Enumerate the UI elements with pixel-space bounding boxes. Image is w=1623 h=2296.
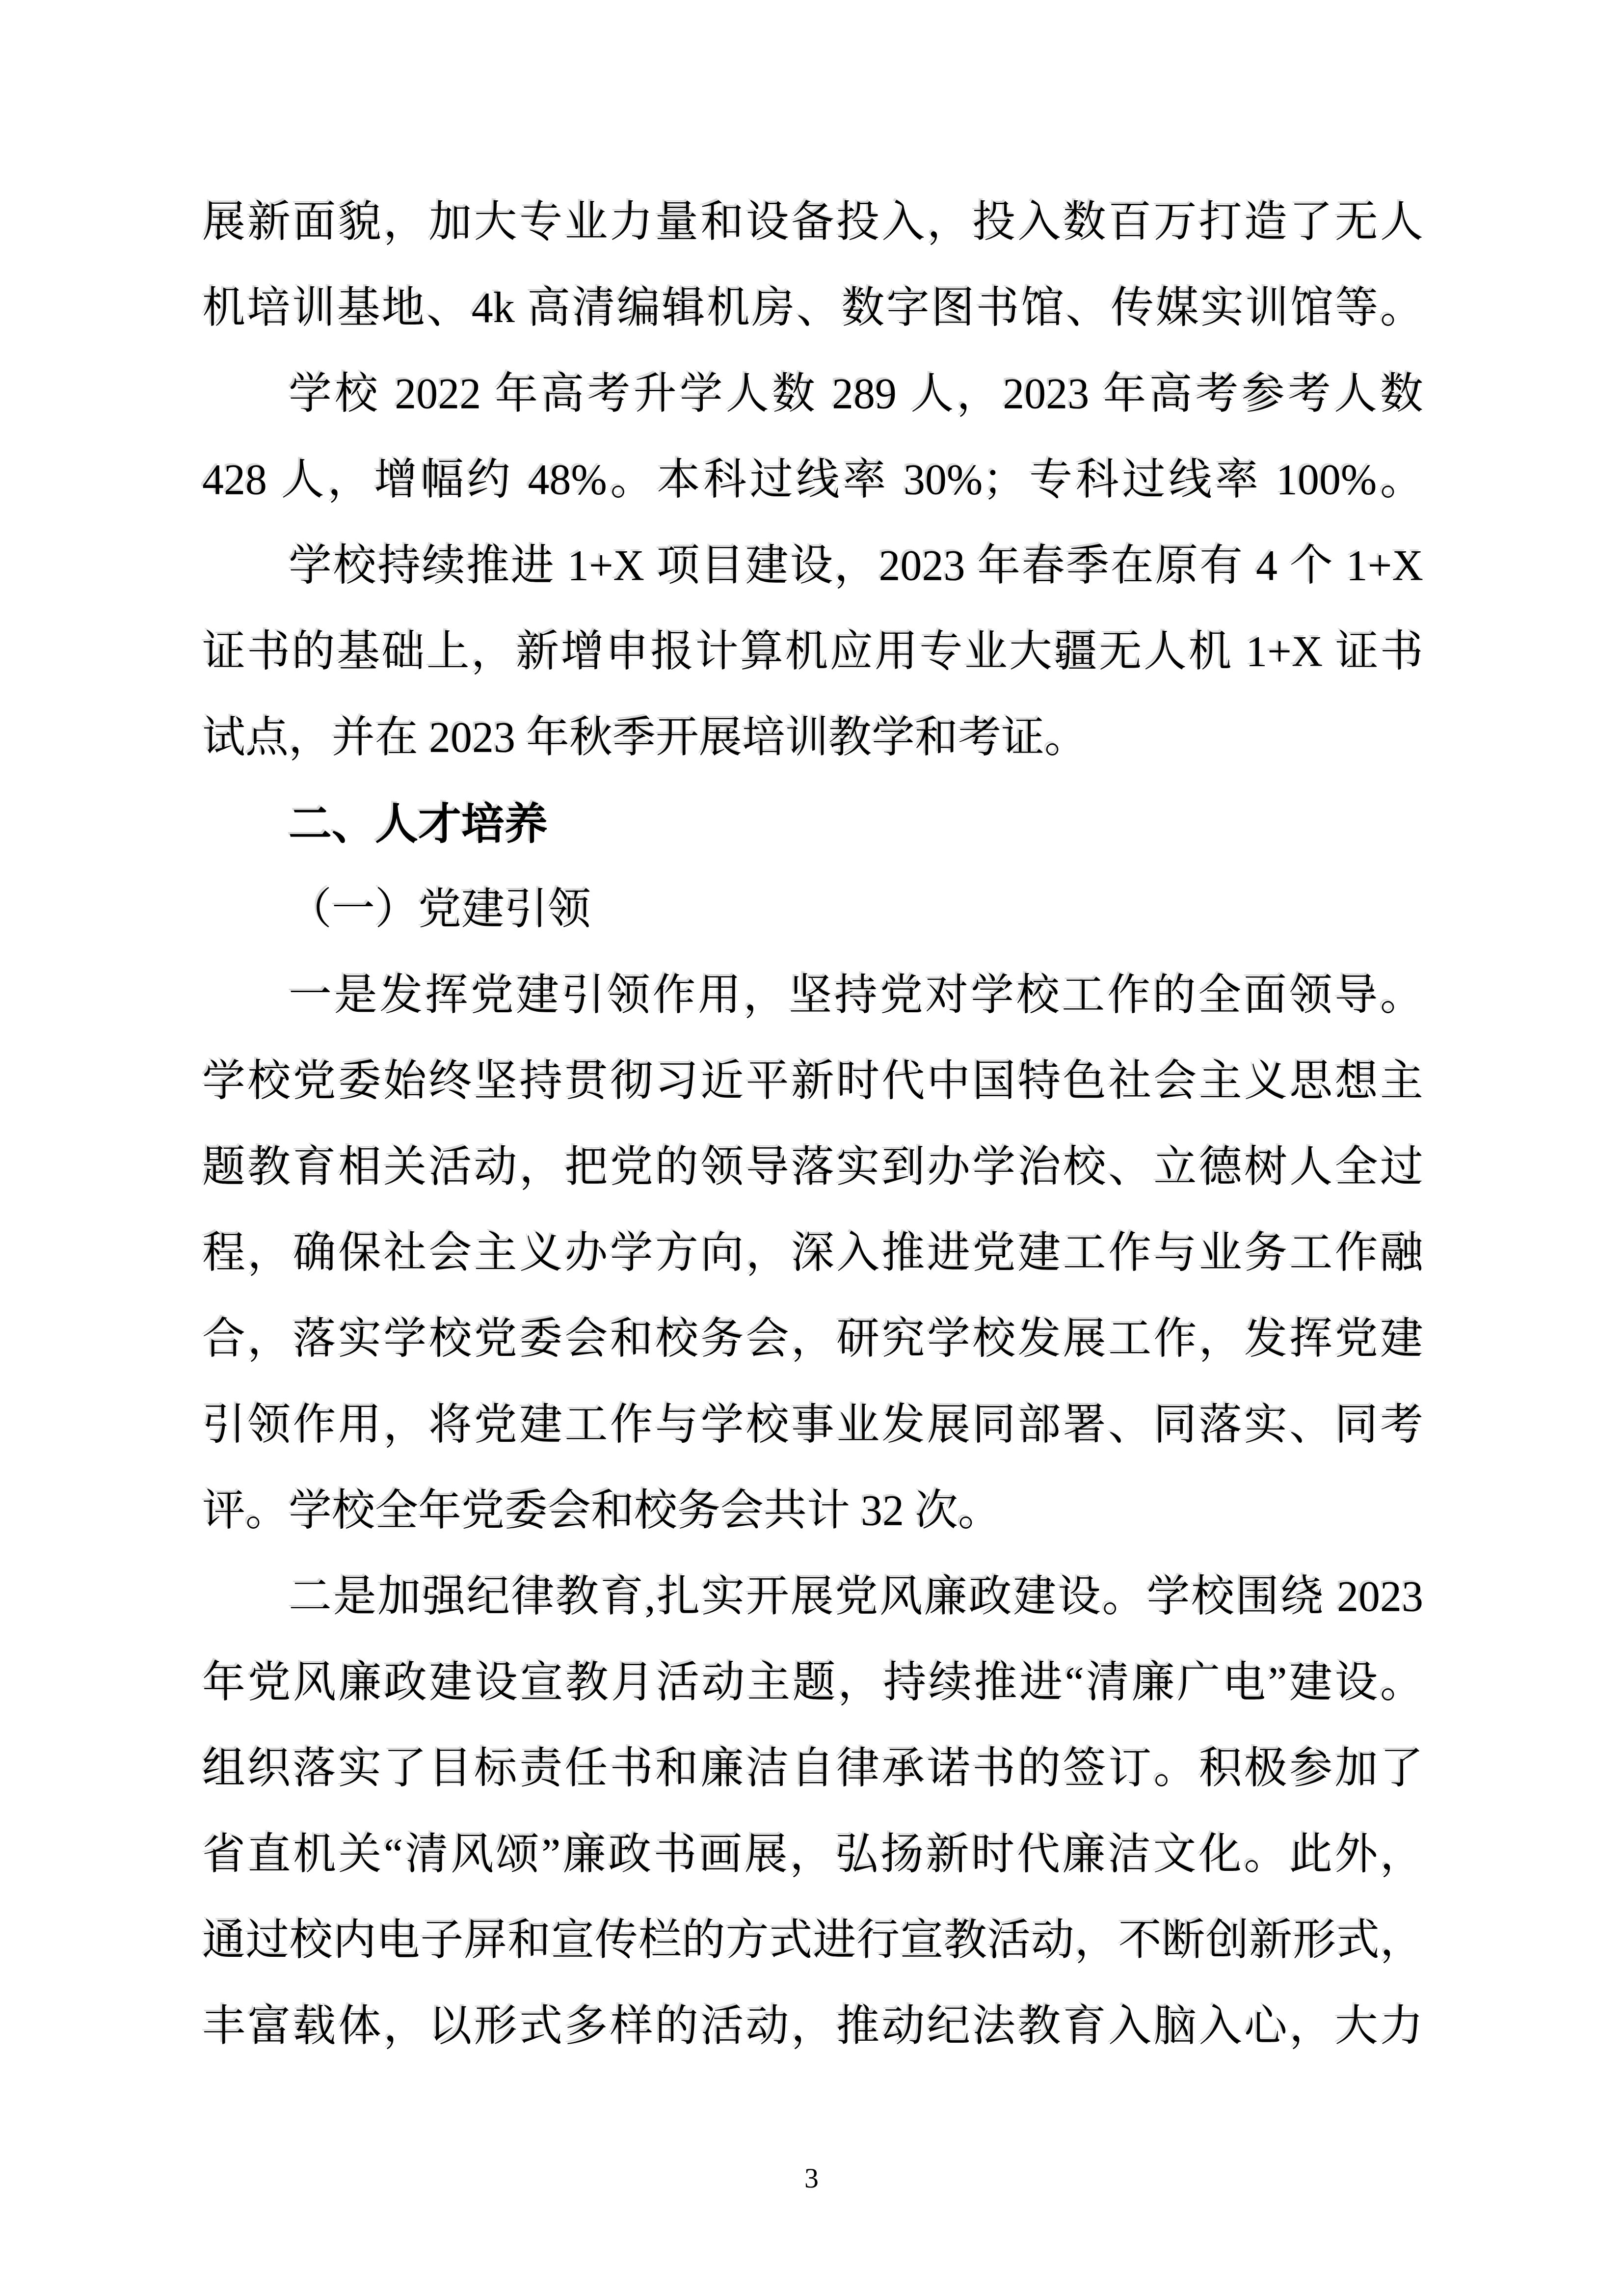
text-line: 二是加强纪律教育,扎实开展党风廉政建设。学校围绕 2023 [202, 1554, 1423, 1640]
text-line: 丰富载体，以形式多样的活动，推动纪法教育入脑入心，大力 [202, 1983, 1423, 2069]
document-page: 展新面貌，加大专业力量和设备投入，投入数百万打造了无人 机培训基地、4k 高清编… [0, 0, 1623, 2296]
document-text: 展新面貌，加大专业力量和设备投入，投入数百万打造了无人 机培训基地、4k 高清编… [202, 179, 1423, 2069]
text-line: 引领作用，将党建工作与学校事业发展同部署、同落实、同考 [202, 1382, 1423, 1468]
text-line: 题教育相关活动，把党的领导落实到办学治校、立德树人全过 [202, 1124, 1423, 1210]
text-line: 试点，并在 2023 年秋季开展培训教学和考证。 [202, 695, 1423, 781]
text-line: 评。学校全年党委会和校务会共计 32 次。 [202, 1468, 1423, 1554]
text-line: 通过校内电子屏和宣传栏的方式进行宣教活动，不断创新形式， [202, 1897, 1423, 1983]
text-line: 组织落实了目标责任书和廉洁自律承诺书的签订。积极参加了 [202, 1726, 1423, 1811]
text-line: 428 人，增幅约 48%。本科过线率 30%；专科过线率 100%。 [202, 437, 1423, 523]
text-line: 程，确保社会主义办学方向，深入推进党建工作与业务工作融 [202, 1210, 1423, 1296]
text-line: 证书的基础上，新增申报计算机应用专业大疆无人机 1+X 证书 [202, 609, 1423, 695]
section-heading: 二、人才培养 [202, 781, 1423, 866]
text-line: 学校党委始终坚持贯彻习近平新时代中国特色社会主义思想主 [202, 1038, 1423, 1124]
text-line: 省直机关“清风颂”廉政书画展，弘扬新时代廉洁文化。此外， [202, 1811, 1423, 1897]
text-line: 年党风廉政建设宣教月活动主题，持续推进“清廉广电”建设。 [202, 1640, 1423, 1726]
text-line: 学校持续推进 1+X 项目建设，2023 年春季在原有 4 个 1+X [202, 523, 1423, 609]
text-line: 机培训基地、4k 高清编辑机房、数字图书馆、传媒实训馆等。 [202, 265, 1423, 351]
text-line: 一是发挥党建引领作用，坚持党对学校工作的全面领导。 [202, 952, 1423, 1038]
page-number: 3 [0, 2162, 1623, 2194]
text-line: 合，落实学校党委会和校务会，研究学校发展工作，发挥党建 [202, 1296, 1423, 1382]
text-line: 学校 2022 年高考升学人数 289 人，2023 年高考参考人数 [202, 351, 1423, 437]
subsection-heading: （一）党建引领 [202, 866, 1423, 952]
text-line: 展新面貌，加大专业力量和设备投入，投入数百万打造了无人 [202, 179, 1423, 265]
